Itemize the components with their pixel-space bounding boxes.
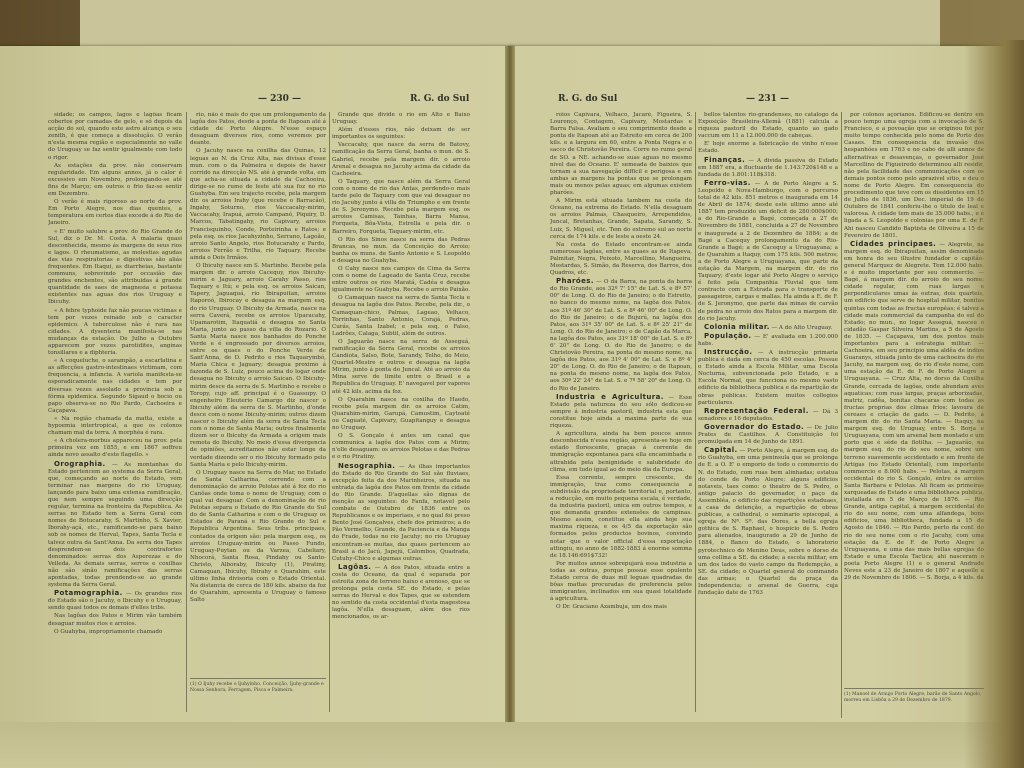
left-column-1: sidade; os campos, lagos e lagôas ficam …	[48, 112, 182, 722]
footnote: (1) Manoel de Araujo Porto Alegre, barão…	[844, 692, 984, 704]
section-title: População.	[704, 332, 751, 340]
section-title: Capital.	[704, 446, 738, 454]
paragraph: sidade; os campos, lagos e lagôas ficam …	[48, 112, 182, 162]
section-text: — A do Alto Uruguay.	[772, 325, 833, 331]
section-financas: Finanças. — A divida passiva do Estado e…	[698, 157, 838, 179]
section-governador: Governador do Estado. — Dr. Julio Prates…	[698, 424, 838, 446]
paragraph: A Mirim está situada tambem na costa do …	[550, 198, 692, 241]
page-number-left: — 230 —	[258, 94, 301, 104]
running-head-right: R. G. do Sul	[558, 94, 617, 104]
section-title: Ferro-vias.	[704, 179, 751, 187]
page-number-right: — 231 —	[746, 94, 789, 104]
paragraph: roios Capivara, Velhaco, Jacaré, Figueir…	[550, 112, 692, 197]
column-rule	[186, 112, 187, 712]
paragraph: « A cholera-morbus appareceu na prov. pe…	[48, 438, 182, 459]
paragraph: A agricultura, ainda ha bem poucos annos…	[550, 431, 692, 474]
paragraph: O Jaguarão nasce na serra de Asseguá, ra…	[332, 339, 470, 396]
section-title: Orographia.	[54, 460, 106, 468]
section-lagoas: Lagôas. — A dos Patos, situada entre a c…	[332, 564, 470, 622]
left-column-2: rio, não é mais do que um prolongamento …	[190, 112, 326, 664]
footnote-rule	[844, 688, 984, 689]
section-cidades: Cidades principaes. — Alegrete, na marge…	[844, 241, 984, 583]
column-rule	[329, 112, 330, 712]
footnote: (1) O Ijuhy recebe o Ijuhyinho, Conceiçã…	[190, 682, 326, 694]
paragraph: « E' muito salubre a prov. do Rio Grande…	[48, 229, 182, 307]
section-title: Industria e Agricultura.	[556, 393, 664, 401]
back-page-edge	[80, 0, 940, 48]
section-title: Pharóes.	[556, 277, 594, 285]
paragraph: O verão é mais rigoroso ao norte da prov…	[48, 199, 182, 227]
section-orographia: Orographia. — As montanhas do Estado per…	[48, 461, 182, 590]
paragraph: O Jacuhy nasce na coxilha das Quinas, 12…	[190, 148, 326, 262]
section-pharoes: Pharóes. — O da Barra, na ponta da barra…	[550, 278, 692, 393]
paragraph: Na costa do Estado encontram-se ainda nu…	[550, 242, 692, 277]
section-nesographia: Nesographia. — As ilhas importantes do E…	[332, 463, 470, 563]
paragraph: Grande que divide o rio em Alto e Baixo …	[332, 112, 470, 126]
paragraph: O Guahyba, impropriamente chamado	[48, 629, 182, 636]
section-instruccao: Instrucção. — A instrucção primaria publ…	[698, 349, 838, 407]
book-edge-right	[964, 40, 1024, 768]
paragraph: As estações da prov. não conservam regul…	[48, 163, 182, 198]
section-title: Lagôas.	[338, 563, 371, 571]
footnote-rule	[190, 678, 326, 679]
paragraph: O Camaquan nasce na serra de Santa Tecla…	[332, 295, 470, 338]
section-text: — A instrucção primaria publica é dada e…	[698, 350, 838, 406]
paragraph: « A febre typhoide faz não poucas victim…	[48, 308, 182, 358]
left-page: — 230 — R. G. do Sul sidade; os campos, …	[0, 46, 512, 724]
right-column-1: roios Capivara, Velhaco, Jacaré, Figueir…	[550, 112, 692, 712]
paragraph: por colonos açorianos. Edificou-se dentr…	[844, 112, 984, 240]
section-capital: Capital. — Porto Alegre, á margem esq. d…	[698, 447, 838, 597]
section-populacao: População. — E' avaliada em 1.200.000 ha…	[698, 333, 838, 348]
section-potamographia: Potamographia. — Os grandes rios do Esta…	[48, 590, 182, 612]
section-title: Instrucção.	[704, 348, 752, 356]
paragraph: Além d'esses rios, não deixam de ser imp…	[332, 127, 470, 141]
section-title: Representação Federal.	[704, 407, 809, 415]
paragraph: rio, não é mais do que um prolongamento …	[190, 112, 326, 147]
column-rule	[695, 112, 696, 712]
book-gutter	[505, 46, 515, 736]
paragraph: bellos talentos rio-grandenses, no catal…	[698, 112, 838, 140]
paragraph: « Na região chamada da matta, existe a h…	[48, 416, 182, 437]
paragraph: O Quarahim nasce na coxilha do Haedo, re…	[332, 397, 470, 432]
section-colonia-militar: Colonia militar. — A do Alto Uruguay.	[698, 324, 838, 332]
section-text: — Porto Alegre, á margem esq. do rio Gua…	[698, 448, 838, 596]
section-text: — A dos Patos, situada entre a costa do …	[332, 565, 470, 621]
section-title: Governador do Estado.	[704, 423, 804, 431]
section-text: — As montanhas do Estado pertencem ao sy…	[48, 462, 182, 589]
paragraph: « A coqueluche, o sarampão, a escarlatin…	[48, 358, 182, 415]
section-title: Colonia militar.	[704, 323, 770, 331]
section-ferro-vias: Ferro-vias. — A de Porto Alegre a S. Leo…	[698, 180, 838, 323]
section-representacao: Representação Federal. — Dá 3 senadores …	[698, 408, 838, 423]
right-page: R. G. do Sul — 231 — roios Capivara, Vel…	[510, 46, 1024, 724]
right-column-3: por colonos açorianos. Edificou-se dentr…	[844, 112, 984, 684]
paragraph: Essa corrente, sempre crescente, de immi…	[550, 475, 692, 560]
paragraph: O Dr. Graciano Azambuja, um dos mais	[550, 604, 692, 611]
column-rule	[841, 112, 842, 718]
section-text: — As ilhas importantes do Estado do Rio …	[332, 464, 470, 562]
running-head-left: R. G. do Sul	[410, 94, 469, 104]
paragraph: O Taquary, que nasce além da Serra Geral…	[332, 179, 470, 236]
left-column-3: Grande que divide o rio em Alto e Baixo …	[332, 112, 470, 672]
section-title: Finanças.	[704, 156, 745, 164]
right-column-2: bellos talentos rio-grandenses, no catal…	[698, 112, 838, 722]
page-bottom-edge	[0, 722, 1024, 768]
section-text: — A de Porto Alegre a S. Leopoldo e Nova…	[698, 181, 838, 322]
paragraph: O S. Gonçalo é antes um canal que commun…	[332, 433, 470, 461]
paragraph: E' hoje enorme a fabricação de vinho n'e…	[698, 141, 838, 155]
paragraph: O Cahy nasce nos campos de Cima da Serra…	[332, 266, 470, 294]
section-industria: Industria e Agricultura. — Esse Estado p…	[550, 394, 692, 430]
paragraph: Por muitos annos sobrepujará essa indust…	[550, 561, 692, 604]
paragraph: Vaccacahy, que nasce da serra de Batovy,…	[332, 142, 470, 177]
section-text: — O da Barra, na ponta da barra do Rio G…	[550, 279, 692, 391]
section-title: Nesographia.	[338, 462, 395, 470]
section-title: Potamographia.	[54, 589, 123, 597]
section-title: Cidades principaes.	[850, 240, 936, 248]
paragraph: Nas lagôas dos Patos e Mirim vão também …	[48, 613, 182, 627]
paragraph: O Ibicuhy nasce em S. Martinho. Recebe p…	[190, 263, 326, 469]
section-text: — Alegrete, na margem esq. do Ibirapuita…	[844, 242, 984, 581]
paragraph: O Uruguay nasce na Serra do Mar, no Esta…	[190, 470, 326, 605]
paragraph: O Rio dos Sinos nasce na serra das Pedra…	[332, 237, 470, 265]
